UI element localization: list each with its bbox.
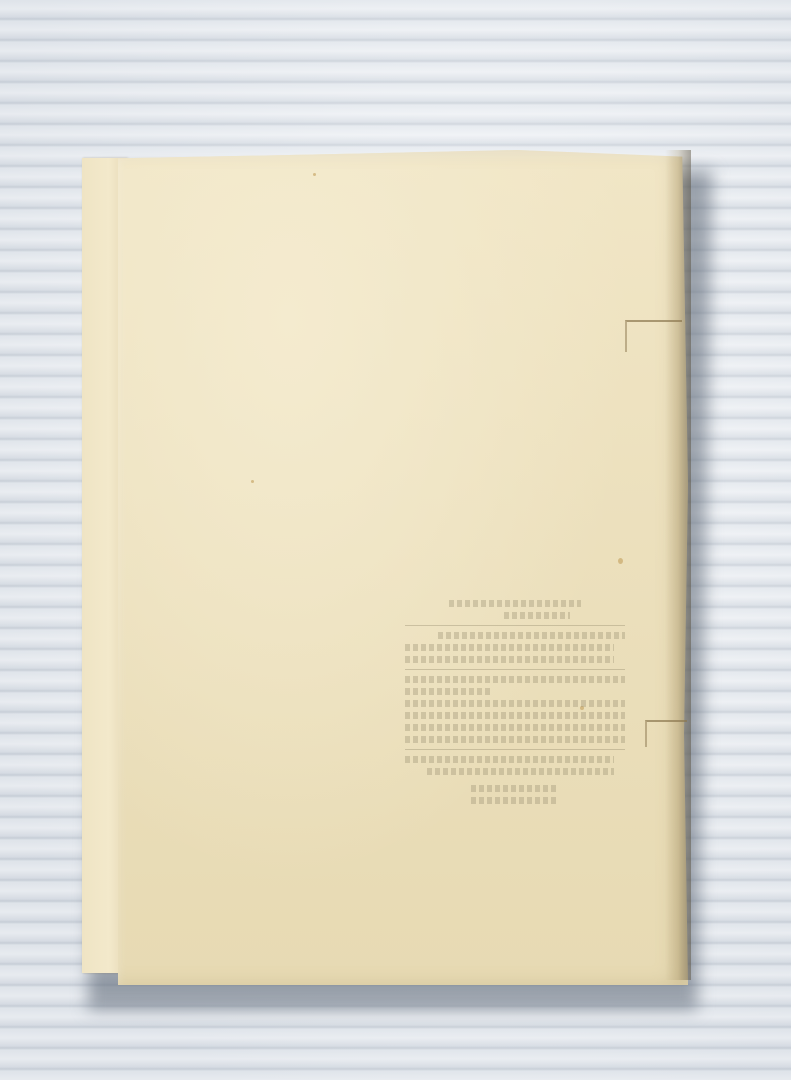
colophon-text-block <box>405 595 625 809</box>
book-back-cover <box>118 150 688 985</box>
foxing-stain <box>618 558 623 564</box>
foxing-stain <box>313 173 316 176</box>
cover-tear <box>645 720 687 747</box>
cover-tear <box>625 320 682 352</box>
spine-edge <box>665 150 691 980</box>
foxing-stain <box>251 480 254 483</box>
